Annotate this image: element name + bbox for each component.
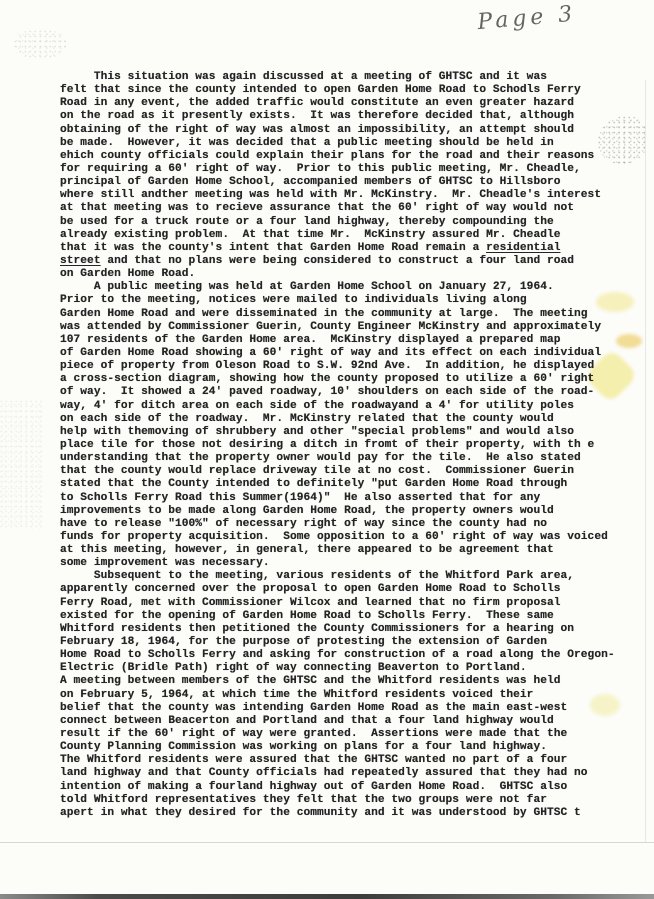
text-line: Prior to the meeting, notices were maile… [60, 294, 615, 307]
text-line: existed for the opening of Garden Home R… [60, 610, 615, 623]
text-line: ehich county officials could explain the… [60, 150, 615, 163]
text-line: where still andther meeting was held wit… [60, 189, 615, 202]
text-line: Ferry Road, met with Commissioner Wilcox… [60, 597, 615, 610]
text-line: already existing problem. At that time M… [60, 229, 615, 242]
scanned-document-page: Page 3 This situation was again discusse… [0, 0, 654, 899]
text-line: apert in what they desired for the commu… [60, 807, 615, 820]
text-line: The Whitford residents were assured that… [60, 754, 615, 767]
text-line: that it was the county's intent that Gar… [60, 242, 615, 255]
text-line: land highway and that County officials h… [60, 767, 615, 780]
text-line: Whitford residents then petitioned the C… [60, 623, 615, 636]
scan-line-horizontal [0, 842, 654, 843]
text-line: place tile for those not desiring a ditc… [60, 439, 615, 452]
text-line: on each side of the roadway. Mr. McKinst… [60, 413, 615, 426]
document-body: This situation was again discussed at a … [60, 71, 615, 820]
text-line: obtaining of the right of way was almost… [60, 124, 615, 137]
text-line: be made. However, it was decided that a … [60, 137, 615, 150]
text-line: of Garden Home Road showing a 60' right … [60, 347, 615, 360]
text-line: improvements to be made along Garden Hom… [60, 505, 615, 518]
text-line: intention of making a fourland highway o… [60, 781, 615, 794]
text-line: result if the 60' right of way were gran… [60, 728, 615, 741]
text-line: A meeting between members of the GHTSC a… [60, 675, 615, 688]
paper-stain-2 [616, 334, 642, 348]
text-line: connect between Beacerton and Portland a… [60, 715, 615, 728]
text-line: understanding that the property owner wo… [60, 452, 615, 465]
page-bottom-edge-shadow [0, 894, 654, 899]
text-line: to Scholls Ferry Road this Summer(1964)"… [60, 492, 615, 505]
text-line: have to release "100%" of necessary righ… [60, 518, 615, 531]
text-line: told Whitford representatives they felt … [60, 794, 615, 807]
text-line: This situation was again discussed at a … [60, 71, 615, 84]
text-line: way, 4' for ditch area on each side of t… [60, 400, 615, 413]
text-line: 107 residents of the Garden Home area. M… [60, 334, 615, 347]
text-line: A public meeting was held at Garden Home… [60, 281, 615, 294]
text-line: funds for property acquisition. Some opp… [60, 531, 615, 544]
text-line: on the road as it presently exists. It w… [60, 110, 615, 123]
text-line: piece of property from Oleson Road to S.… [60, 360, 615, 373]
text-line: street and that no plans were being cons… [60, 255, 615, 268]
scan-crease-vertical [645, 80, 646, 843]
text-line: of way. It showed a 24' paved roadway, 1… [60, 386, 615, 399]
text-line: a cross-section diagram, showing how the… [60, 373, 615, 386]
text-line: Subsequent to the meeting, various resid… [60, 570, 615, 583]
text-line: was attended by Commissioner Guerin, Cou… [60, 321, 615, 334]
text-line: for requiring a 60' right of way. Prior … [60, 163, 615, 176]
handwritten-page-number: Page 3 [476, 0, 619, 52]
text-line: that the county would replace driveway t… [60, 465, 615, 478]
text-line: belief that the county was intending Gar… [60, 702, 615, 715]
text-line: Home Road to Scholls Ferry and asking fo… [60, 649, 615, 662]
text-line: Garden Home Road and were disseminated i… [60, 308, 615, 321]
text-line: some improvement was necessary. [60, 557, 615, 570]
text-line: on February 5, 1964, at which time the W… [60, 689, 615, 702]
text-line: help with themoving of shrubbery and oth… [60, 426, 615, 439]
text-line: felt that since the county intended to o… [60, 84, 615, 97]
text-line: Road in any event, the added traffic wou… [60, 97, 615, 110]
text-line: County Planning Commission was working o… [60, 741, 615, 754]
pencil-smudge-top-left [14, 30, 66, 58]
paper-speckles-left-edge [0, 400, 42, 530]
text-line: principal of Garden Home School, accompa… [60, 176, 615, 189]
text-line: be used for a truck route or a four land… [60, 216, 615, 229]
text-line: February 18, 1964, for the purpose of pr… [60, 636, 615, 649]
text-line: apparently concerned over the proposal t… [60, 583, 615, 596]
text-line: stated that the County intended to defin… [60, 478, 615, 491]
text-line: at this meeting, however, in general, th… [60, 544, 615, 557]
text-line: at that meeting was to recieve assurance… [60, 202, 615, 215]
text-line: Electric (Bridle Path) right of way conn… [60, 662, 615, 675]
text-line: on Garden Home Road. [60, 268, 615, 281]
